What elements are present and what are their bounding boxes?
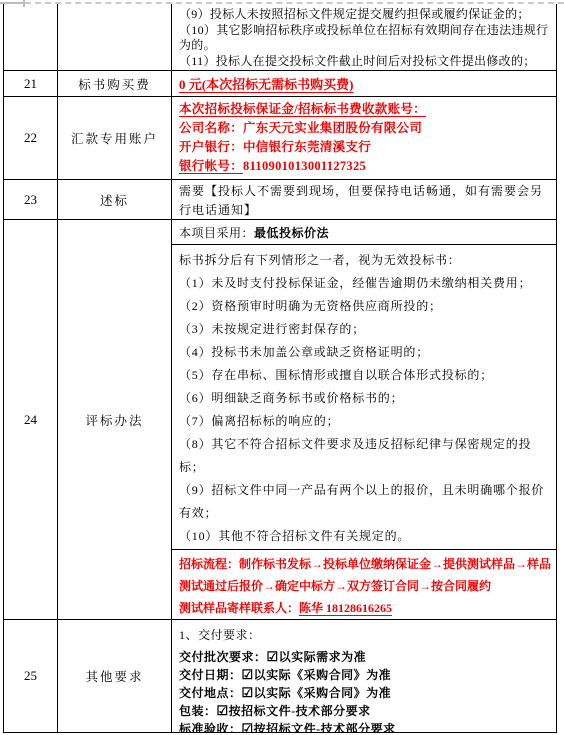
row-label-cell: 标书购买费: [58, 71, 172, 96]
table-row-23: 23 述标 需要【投标人不需要到现场，但要保持电话畅通，如有需要会另行电话通知】: [4, 179, 556, 219]
evaluation-method-value: 最低投标价法: [254, 224, 329, 241]
presentation-note: 需要【投标人不需要到现场，但要保持电话畅通，如有需要会另行电话通知】: [179, 182, 552, 219]
delivery-item-label: 包装：: [179, 704, 217, 718]
row-content-cell: （9）投标人未按照招标文件规定提交履约担保或履约保证金的； （10）其它影响招标…: [172, 4, 556, 70]
delivery-intro: 1、交付要求：: [179, 625, 552, 645]
invalid-bid-item: （7）偏离招标标的响应的；: [179, 410, 552, 433]
row-content-cell: 0 元(本次招标无需标书购买费): [172, 71, 556, 96]
sample-contact-line: 测试样品寄样联系人：陈华 18128616265: [179, 597, 552, 619]
delivery-item-label: 标准验收：: [179, 722, 242, 732]
delivery-item-label: 交付批次要求：: [179, 650, 267, 664]
invalid-bid-item: （3）未按规定进行密封保存的；: [179, 318, 552, 341]
invalid-bid-item: （6）明细缺乏商务标书或价格标书的；: [179, 387, 552, 410]
row-content-cell: 需要【投标人不需要到现场，但要保持电话畅通，如有需要会另行电话通知】: [172, 180, 556, 219]
checked-checkbox-icon: ☑: [217, 703, 229, 718]
row-content-cell: 本项目采用：最低投标价法 标书拆分后有下列情形之一者，视为无效投标书： （1）未…: [172, 220, 556, 619]
checked-checkbox-icon: ☑: [242, 721, 254, 732]
row-number-cell: 24: [4, 220, 58, 619]
row-label-cell: 其他要求: [58, 620, 172, 732]
contact-label: 测试样品寄样联系人：: [179, 601, 299, 615]
invalid-bid-intro: 标书拆分后有下列情形之一者，视为无效投标书：: [179, 249, 552, 272]
account-heading: 本次招标投标保证金/招标标书费收款账号：: [179, 100, 552, 119]
table-row-21: 21 标书购买费 0 元(本次招标无需标书购买费): [4, 70, 556, 96]
invalid-bid-item: （1）未及时支付投标保证金，经催告逾期仍未缴纳相关费用；: [179, 272, 552, 295]
row-label-cell: 汇款专用账户: [58, 97, 172, 179]
row-number-cell: 25: [4, 620, 58, 732]
row-content-cell: 1、交付要求： 交付批次要求：☑以实际需求为准 交付日期：☑以实际《采购合同》为…: [172, 620, 556, 732]
invalid-bid-item: （5）存在串标、围标情形或擅自以联合体形式投标的；: [179, 364, 552, 387]
table-row-24: 24 评标办法 本项目采用：最低投标价法 标书拆分后有下列情形之一者，视为无效投…: [4, 219, 556, 619]
account-number-line: 银行帐号：8110901013001127325: [179, 157, 552, 176]
book-fee-value: 0 元(本次招标无需标书购买费): [179, 74, 353, 93]
delivery-item-text: 以实际需求为准: [279, 650, 367, 664]
row-label-cell: [58, 4, 172, 70]
invalid-bid-item: （4）投标书未加盖公章或缺乏资格证明的；: [179, 341, 552, 364]
evaluation-method-line: 本项目采用：最低投标价法: [172, 220, 556, 244]
delivery-item-label: 交付日期：: [179, 668, 242, 682]
delivery-item: 标准验收：☑按招标文件-技术部分要求: [179, 720, 552, 732]
account-number-value: 8110901013001127325: [243, 159, 366, 173]
checked-checkbox-icon: ☑: [242, 667, 254, 682]
delivery-item: 交付地点：☑以实际《采购合同》为准: [179, 684, 552, 702]
content-line: （11）投标人在提交投标文件截止时间后对投标文件提出修改的；: [179, 54, 552, 70]
company-line: 公司名称：广东天元实业集团股份有限公司: [179, 119, 552, 138]
table-row-22: 22 汇款专用账户 本次招标投标保证金/招标标书费收款账号： 公司名称：广东天元…: [4, 96, 556, 179]
row-number-cell: [4, 4, 58, 70]
invalid-bid-item: （8）其它不符合招标文件要求及违反招标纪律与保密规定的投标；: [179, 433, 552, 479]
table-row-continuation: （9）投标人未按照招标文件规定提交履约担保或履约保证金的； （10）其它影响招标…: [4, 4, 556, 70]
tender-info-table: （9）投标人未按照招标文件规定提交履约担保或履约保证金的； （10）其它影响招标…: [3, 4, 557, 733]
row-number-cell: 21: [4, 71, 58, 96]
delivery-item-label: 交付地点：: [179, 686, 242, 700]
contact-value: 陈华 18128616265: [299, 601, 392, 615]
row-label-cell: 评标办法: [58, 220, 172, 619]
content-line: （10）其它影响招标秩序或投标单位在招标有效期间存在违法违规行为的。: [179, 23, 552, 54]
row-label-cell: 述标: [58, 180, 172, 219]
delivery-item-text: 按招标文件-技术部分要求: [254, 722, 396, 732]
checked-checkbox-icon: ☑: [242, 685, 254, 700]
table-row-25: 25 其他要求 1、交付要求： 交付批次要求：☑以实际需求为准 交付日期：☑以实…: [4, 619, 556, 732]
delivery-item-text: 以实际《采购合同》为准: [254, 686, 392, 700]
bank-line: 开户银行：中信银行东莞清溪支行: [179, 138, 552, 157]
bidding-process-line: 招标流程：制作标书发标→投标单位缴纳保证金→提供测试样品→样品测试通过后报价→确…: [179, 553, 552, 597]
row-number-cell: 22: [4, 97, 58, 179]
invalid-bid-section: 标书拆分后有下列情形之一者，视为无效投标书： （1）未及时支付投标保证金，经催告…: [172, 244, 556, 549]
row-content-cell: 本次招标投标保证金/招标标书费收款账号： 公司名称：广东天元实业集团股份有限公司…: [172, 97, 556, 179]
delivery-item: 包装：☑按招标文件-技术部分要求: [179, 702, 552, 720]
account-number-label: 银行帐号：: [179, 159, 243, 173]
delivery-item: 交付批次要求：☑以实际需求为准: [179, 648, 552, 666]
invalid-bid-item: （2）资格预审时明确为无资格供应商所投的；: [179, 295, 552, 318]
delivery-item-text: 按招标文件-技术部分要求: [229, 704, 371, 718]
bidding-process-section: 招标流程：制作标书发标→投标单位缴纳保证金→提供测试样品→样品测试通过后报价→确…: [172, 549, 556, 619]
invalid-bid-item: （9）招标文件中同一产品有两个以上的报价，且未明确哪个报价有效；: [179, 479, 552, 525]
delivery-item: 交付日期：☑以实际《采购合同》为准: [179, 666, 552, 684]
invalid-bid-item: （10）其他不符合招标文件有关规定的。: [179, 525, 552, 548]
content-line: （9）投标人未按照招标文件规定提交履约担保或履约保证金的；: [179, 7, 552, 23]
delivery-item-text: 以实际《采购合同》为准: [254, 668, 392, 682]
row-number-cell: 23: [4, 180, 58, 219]
checked-checkbox-icon: ☑: [267, 649, 279, 664]
